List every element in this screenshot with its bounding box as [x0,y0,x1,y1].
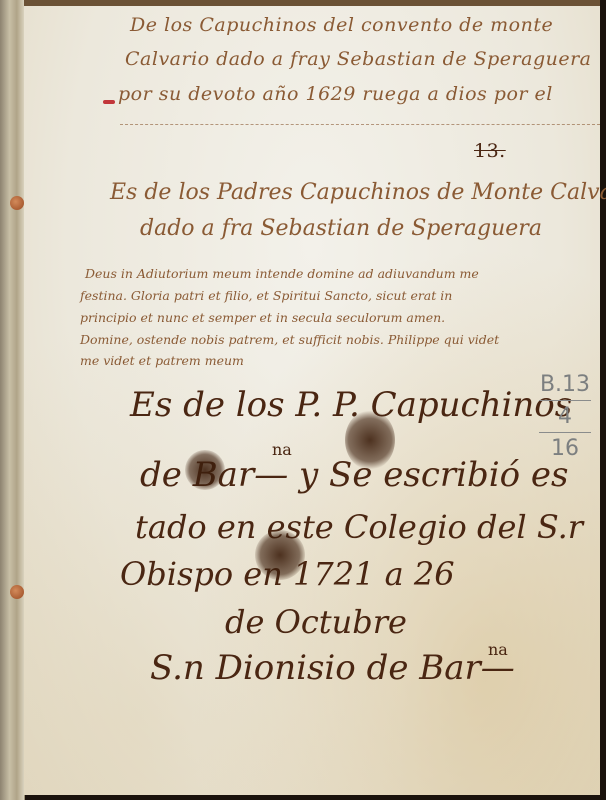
shelfmark-line-1: B.13 [535,372,595,397]
binding-stitch [10,196,24,210]
latin-line-2: festina. Gloria patri et filio, et Spiri… [80,288,452,303]
red-ink-mark [103,100,115,104]
inscription-line-5: de Octubre [225,603,407,641]
latin-line-1: Deus in Adiutorium meum intende domine a… [85,266,479,281]
latin-line-4: Domine, ostende nobis patrem, et suffici… [80,332,499,347]
second-note-line-1: Es de los Padres Capuchinos de Monte Cal… [110,180,606,205]
inscription-line-6: S.n Dionisio de Bar— [150,648,515,688]
shelfmark-line-3: 16 [535,436,595,461]
shelfmark: B.13 4 16 [535,372,595,461]
shelfmark-line-2: 4 [535,404,595,429]
header-note-line-3: por su devoto año 1629 ruega a dios por … [118,83,553,105]
shelfmark-rule [539,400,591,401]
latin-line-5: me videt et patrem meum [80,353,244,368]
inscription-line-3: tado en este Colegio del S.r [135,508,583,546]
book-spine [0,0,25,800]
shelfmark-rule [539,432,591,433]
ink-blot [345,410,395,470]
header-note-line-1: De los Capuchinos del convento de monte [130,14,553,36]
second-note-line-2: dado a fra Sebastian de Speraguera [140,216,542,241]
ink-blot [185,450,225,490]
header-note-line-2: Calvario dado a fray Sebastian de Sperag… [125,48,592,70]
binding-stitch [10,585,24,599]
folio-mark: 13. [474,140,506,162]
latin-line-3: principio et nunc et semper et in secula… [80,310,445,325]
faded-line [120,124,600,129]
ink-blot [255,530,305,580]
